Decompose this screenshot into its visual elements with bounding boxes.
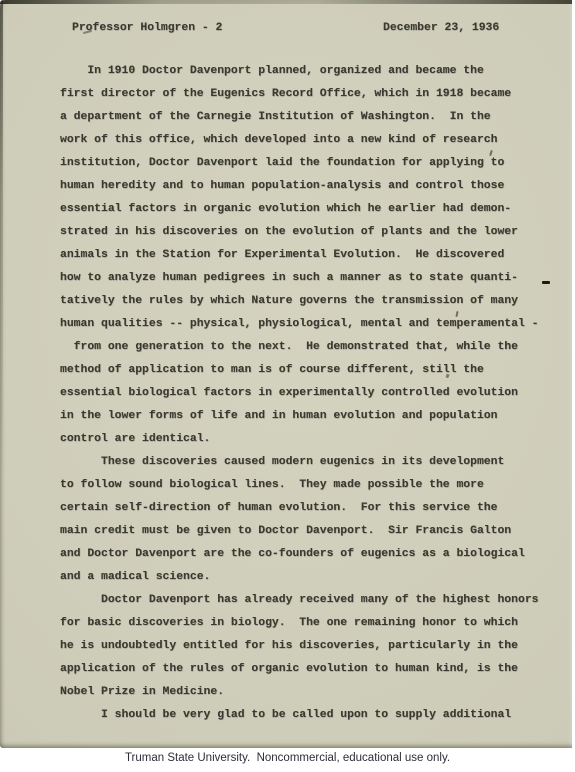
typewritten-line: to follow sound biological lines. They m… — [60, 474, 560, 497]
typewritten-line: human qualities -- physical, physiologic… — [60, 313, 560, 336]
typewritten-line: control are identical. — [60, 428, 560, 451]
typewritten-line: institution, Doctor Davenport laid the f… — [60, 152, 560, 175]
typewritten-line: how to analyze human pedigrees in such a… — [60, 267, 560, 290]
typewritten-line: method of application to man is of cours… — [60, 359, 560, 382]
typewritten-line: work of this office, which developed int… — [60, 129, 560, 152]
page-header-recipient: Professor Holmgren - 2 — [72, 22, 222, 34]
typewritten-line: and a madical science. — [60, 566, 560, 589]
typewritten-line: application of the rules of organic evol… — [60, 658, 560, 681]
typewritten-line: These discoveries caused modern eugenics… — [60, 451, 560, 474]
page-header-date: December 23, 1936 — [383, 22, 499, 34]
typewritten-line: in the lower forms of life and in human … — [60, 405, 560, 428]
typewritten-line: tatively the rules by which Nature gover… — [60, 290, 560, 313]
typewritten-line: strated in his discoveries on the evolut… — [60, 221, 560, 244]
scanned-document-view: Professor Holmgren - 2 December 23, 1936… — [0, 0, 575, 772]
typewritten-line: main credit must be given to Doctor Dave… — [60, 520, 560, 543]
typewritten-line: essential biological factors in experime… — [60, 382, 560, 405]
typewritten-line: In 1910 Doctor Davenport planned, organi… — [60, 60, 560, 83]
letter-page: Professor Holmgren - 2 December 23, 1936… — [0, 0, 572, 748]
typewritten-line: animals in the Station for Experimental … — [60, 244, 560, 267]
typewritten-line: first director of the Eugenics Record Of… — [60, 83, 560, 106]
typewritten-line: he is undoubtedly entitled for his disco… — [60, 635, 560, 658]
typewritten-line: and Doctor Davenport are the co-founders… — [60, 543, 560, 566]
typewritten-line: a department of the Carnegie Institution… — [60, 106, 560, 129]
letter-body: In 1910 Doctor Davenport planned, organi… — [60, 60, 560, 727]
typewritten-line: from one generation to the next. He demo… — [60, 336, 560, 359]
typewritten-line: for basic discoveries in biology. The on… — [60, 612, 560, 635]
typewritten-line: Doctor Davenport has already received ma… — [60, 589, 560, 612]
typewritten-line: human heredity and to human population-a… — [60, 175, 560, 198]
typewritten-line: I should be very glad to be called upon … — [60, 704, 560, 727]
attribution-caption: Truman State University. Noncommercial, … — [0, 748, 575, 772]
typewritten-line: essential factors in organic evolution w… — [60, 198, 560, 221]
typewritten-line: Nobel Prize in Medicine. — [60, 681, 560, 704]
typewritten-line: certain self-direction of human evolutio… — [60, 497, 560, 520]
